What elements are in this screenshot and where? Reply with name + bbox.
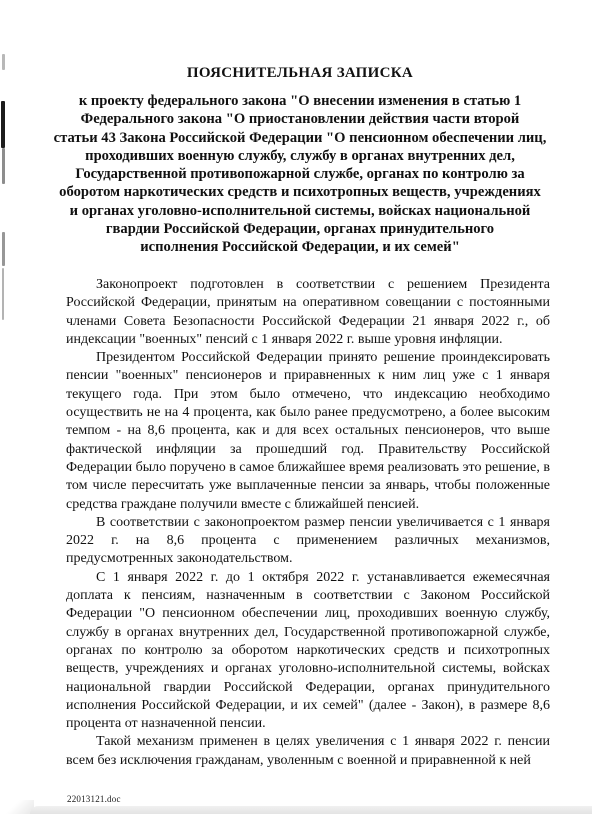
doc-subtitle-line: гвардии Российской Федерации, органах пр… bbox=[10, 220, 590, 238]
scan-edge-artifact bbox=[1, 101, 5, 148]
body-paragraph: В соответствии с законопроектом размер п… bbox=[66, 514, 550, 569]
scan-edge-artifact bbox=[2, 232, 5, 266]
doc-subtitle-line: и органах уголовно-исполнительной систем… bbox=[10, 202, 590, 220]
doc-subtitle-line: исполнения Российской Федерации, и их се… bbox=[10, 238, 590, 256]
scan-edge-artifact bbox=[2, 148, 5, 184]
doc-body: Законопроект подготовлен в соответствии … bbox=[66, 276, 550, 770]
scan-edge-artifact bbox=[2, 54, 5, 70]
doc-subtitle-line: проходивших военную службу, службу в орг… bbox=[10, 147, 590, 165]
doc-subtitle-line: Государственной противопожарной службе, … bbox=[10, 165, 590, 183]
doc-subtitle-line: оборотом наркотических средств и психотр… bbox=[10, 183, 590, 201]
body-paragraph: С 1 января 2022 г. до 1 октября 2022 г. … bbox=[66, 569, 550, 734]
doc-subtitle-line: статьи 43 Закона Российской Федерации "О… bbox=[10, 129, 590, 147]
body-paragraph: Такой механизм применен в целях увеличен… bbox=[66, 733, 550, 770]
doc-title: ПОЯСНИТЕЛЬНАЯ ЗАПИСКА bbox=[20, 65, 580, 82]
page-corner-shadow bbox=[0, 800, 34, 814]
doc-subtitle-line: к проекту федерального закона "О внесени… bbox=[10, 92, 590, 110]
body-paragraph: Законопроект подготовлен в соответствии … bbox=[66, 276, 550, 349]
document-page: ПОЯСНИТЕЛЬНАЯ ЗАПИСКА к проекту федераль… bbox=[0, 0, 592, 814]
scan-edge-artifact bbox=[2, 268, 4, 320]
doc-subtitle-block: к проекту федерального закона "О внесени… bbox=[10, 92, 590, 257]
footer-filename: 22013121.doc bbox=[67, 794, 121, 804]
page-edge-shadow bbox=[30, 806, 592, 814]
doc-subtitle-line: Федерального закона "О приостановлении д… bbox=[10, 110, 590, 128]
body-paragraph: Президентом Российской Федерации принято… bbox=[66, 349, 550, 514]
